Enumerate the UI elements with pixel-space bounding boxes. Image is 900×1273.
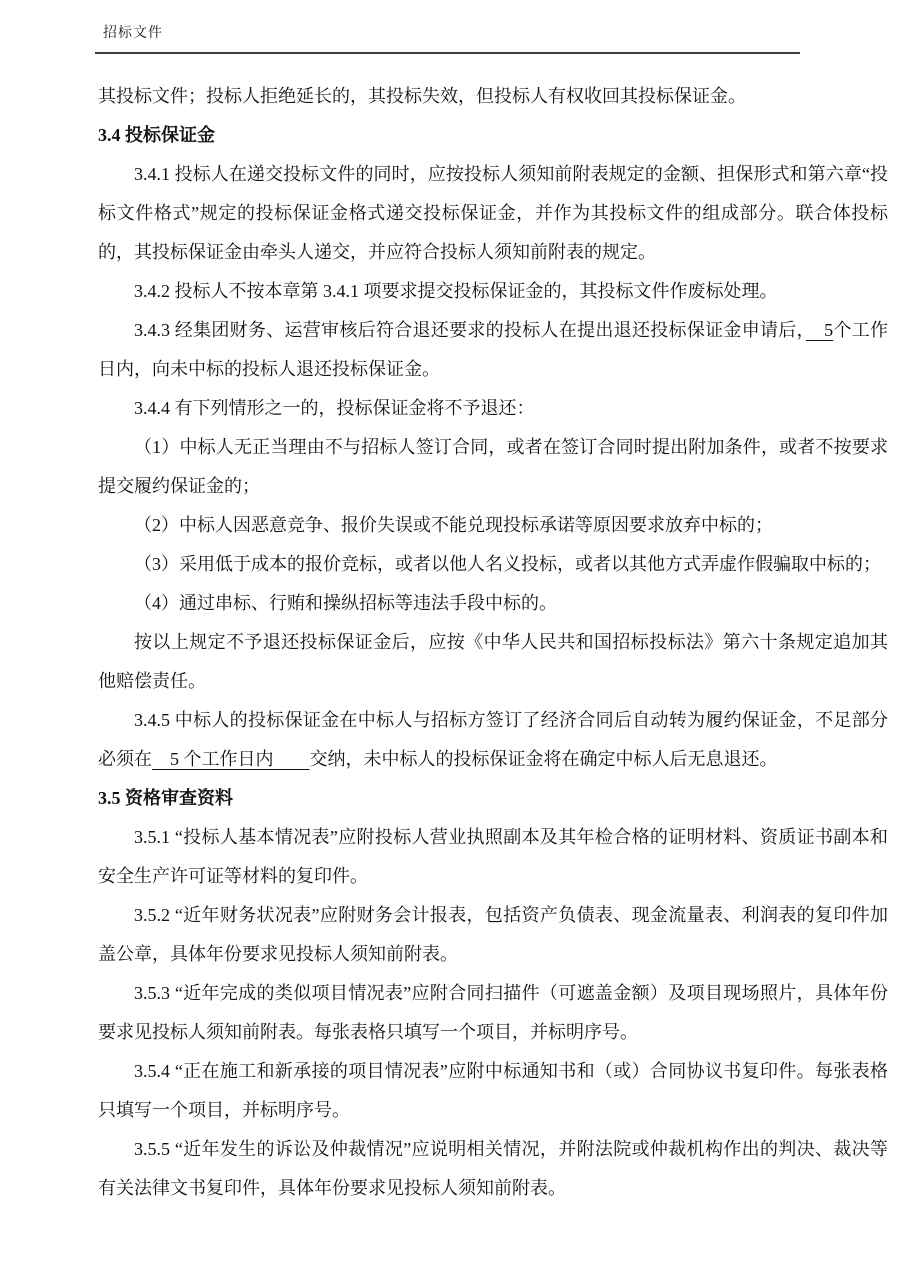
paragraph-3-5-5: 3.5.5 “近年发生的诉讼及仲裁情况”应说明相关情况，并附法院或仲裁机构作出的…	[98, 1130, 888, 1208]
paragraph-3-5-3: 3.5.3 “近年完成的类似项目情况表”应附合同扫描件（可遮盖金额）及项目现场照…	[98, 974, 888, 1052]
paragraph-3-4-1: 3.4.1 投标人在递交投标文件的同时，应按投标人须知前附表规定的金额、担保形式…	[98, 155, 888, 272]
paragraph-3-4-2: 3.4.2 投标人不按本章第 3.4.1 项要求提交投标保证金的，其投标文件作废…	[98, 272, 888, 311]
blank-fill-working-days-count: 5	[806, 320, 833, 340]
paragraph-3-5-1: 3.5.1 “投标人基本情况表”应附投标人营业执照副本及其年检合格的证明材料、资…	[98, 818, 888, 896]
paragraph-3-4-3-text: 3.4.3 经集团财务、运营审核后符合退还要求的投标人在提出退还投标保证金申请后…	[134, 320, 806, 340]
section-heading-3-4: 3.4 投标保证金	[98, 116, 888, 155]
document-title: 招标文件	[103, 26, 163, 41]
paragraph-3-5-2: 3.5.2 “近年财务状况表”应附财务会计报表，包括资产负债表、现金流量表、利润…	[98, 896, 888, 974]
paragraph-intro: 其投标文件；投标人拒绝延长的，其投标失效，但投标人有权收回其投标保证金。	[98, 77, 888, 116]
paragraph-3-4-4: 3.4.4 有下列情形之一的，投标保证金将不予退还：	[98, 389, 888, 428]
list-item-4: （4）通过串标、行贿和操纵招标等违法手段中标的。	[98, 584, 888, 623]
paragraph-3-4-5-text-continued: 交纳，未中标人的投标保证金将在确定中标人后无息退还。	[310, 749, 778, 769]
blank-fill-payment-deadline: 5 个工作日内	[152, 749, 310, 769]
document-body: 其投标文件；投标人拒绝延长的，其投标失效，但投标人有权收回其投标保证金。 3.4…	[98, 54, 888, 1208]
paragraph-penalty-note: 按以上规定不予退还投标保证金后，应按《中华人民共和国招标投标法》第六十条规定追加…	[98, 623, 888, 701]
paragraph-3-5-4: 3.5.4 “正在施工和新承接的项目情况表”应附中标通知书和（或）合同协议书复印…	[98, 1052, 888, 1130]
document-page: 招标文件 其投标文件；投标人拒绝延长的，其投标失效，但投标人有权收回其投标保证金…	[0, 0, 900, 1273]
list-item-1: （1）中标人无正当理由不与招标人签订合同，或者在签订合同时提出附加条件，或者不按…	[98, 428, 888, 506]
list-item-3: （3）采用低于成本的报价竞标，或者以他人名义投标，或者以其他方式弄虚作假骗取中标…	[98, 545, 888, 584]
page-header: 招标文件	[95, 0, 800, 54]
paragraph-3-4-5: 3.4.5 中标人的投标保证金在中标人与招标方签订了经济合同后自动转为履约保证金…	[98, 701, 888, 779]
section-heading-3-5: 3.5 资格审查资料	[98, 779, 888, 818]
list-item-2: （2）中标人因恶意竞争、报价失误或不能兑现投标承诺等原因要求放弃中标的；	[98, 506, 888, 545]
paragraph-3-4-3: 3.4.3 经集团财务、运营审核后符合退还要求的投标人在提出退还投标保证金申请后…	[98, 311, 888, 389]
